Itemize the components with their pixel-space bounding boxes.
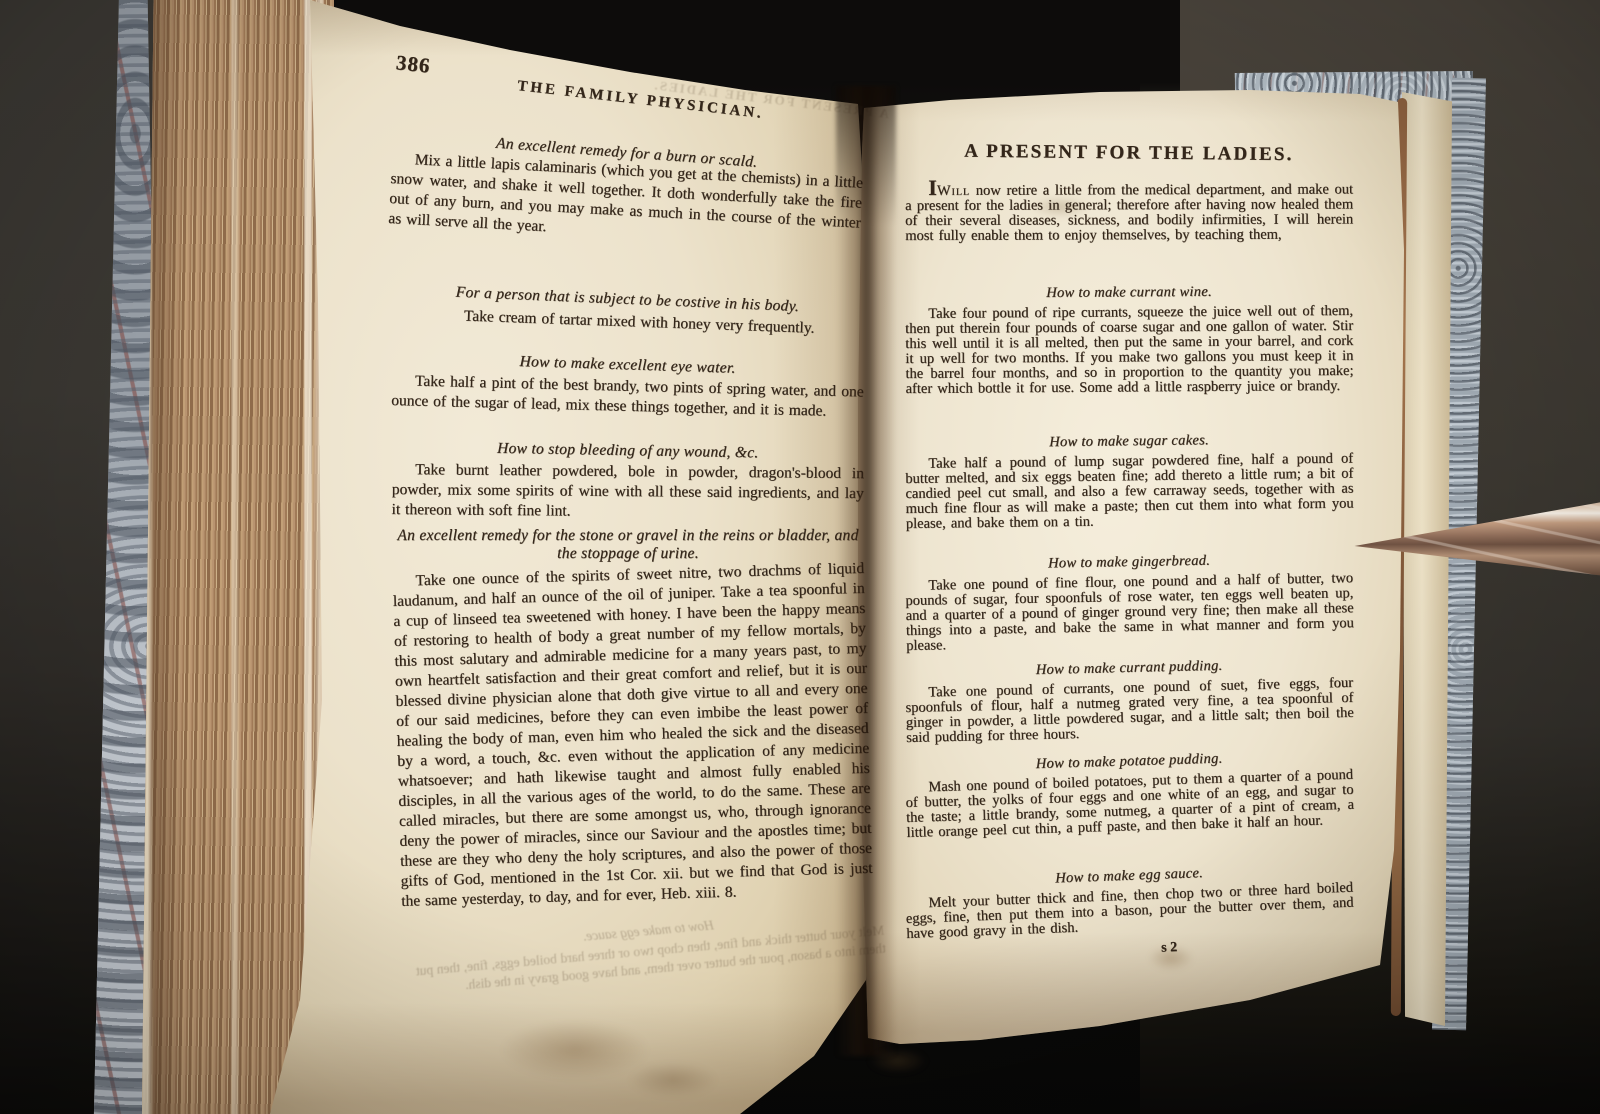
antique-book-photo: A PRESENT FOR THE LADIES. How to make eg… — [0, 0, 1600, 1114]
chapter-intro: IWill now retire a little from the medic… — [905, 175, 1353, 244]
remedy-body-stone-gravel: Take one ounce of the spirits of sweet n… — [392, 559, 873, 912]
intro-smallcaps: Will — [937, 183, 970, 199]
recipe-body-sugar-cakes: Take half a pound of lump sugar powdered… — [905, 452, 1354, 532]
gutter-shadow — [836, 86, 896, 1056]
page-number: 386 — [395, 50, 432, 78]
paper-stain — [500, 1020, 650, 1080]
remedy-body-bleeding: Take burnt leather powdered, bole in pow… — [391, 460, 864, 524]
drop-initial: I — [928, 175, 937, 200]
endpaper-edge-right — [1402, 92, 1452, 1026]
recipe-body-gingerbread: Take one pound of fine flour, one pound … — [905, 571, 1354, 654]
intro-text: now retire a little from the medical dep… — [905, 181, 1353, 244]
recipe-body-currant-pudding: Take one pound of currants, one pound of… — [905, 676, 1354, 746]
chapter-heading: A PRESENT FOR THE LADIES. — [905, 140, 1353, 167]
recipe-body-currant-wine: Take four pound of ripe currants, squeez… — [905, 304, 1354, 397]
paper-stain — [628, 1062, 718, 1098]
recipe-heading-currant-wine: How to make currant wine. — [905, 283, 1353, 303]
remedy-heading-stone-gravel: An excellent remedy for the stone or gra… — [392, 527, 864, 563]
